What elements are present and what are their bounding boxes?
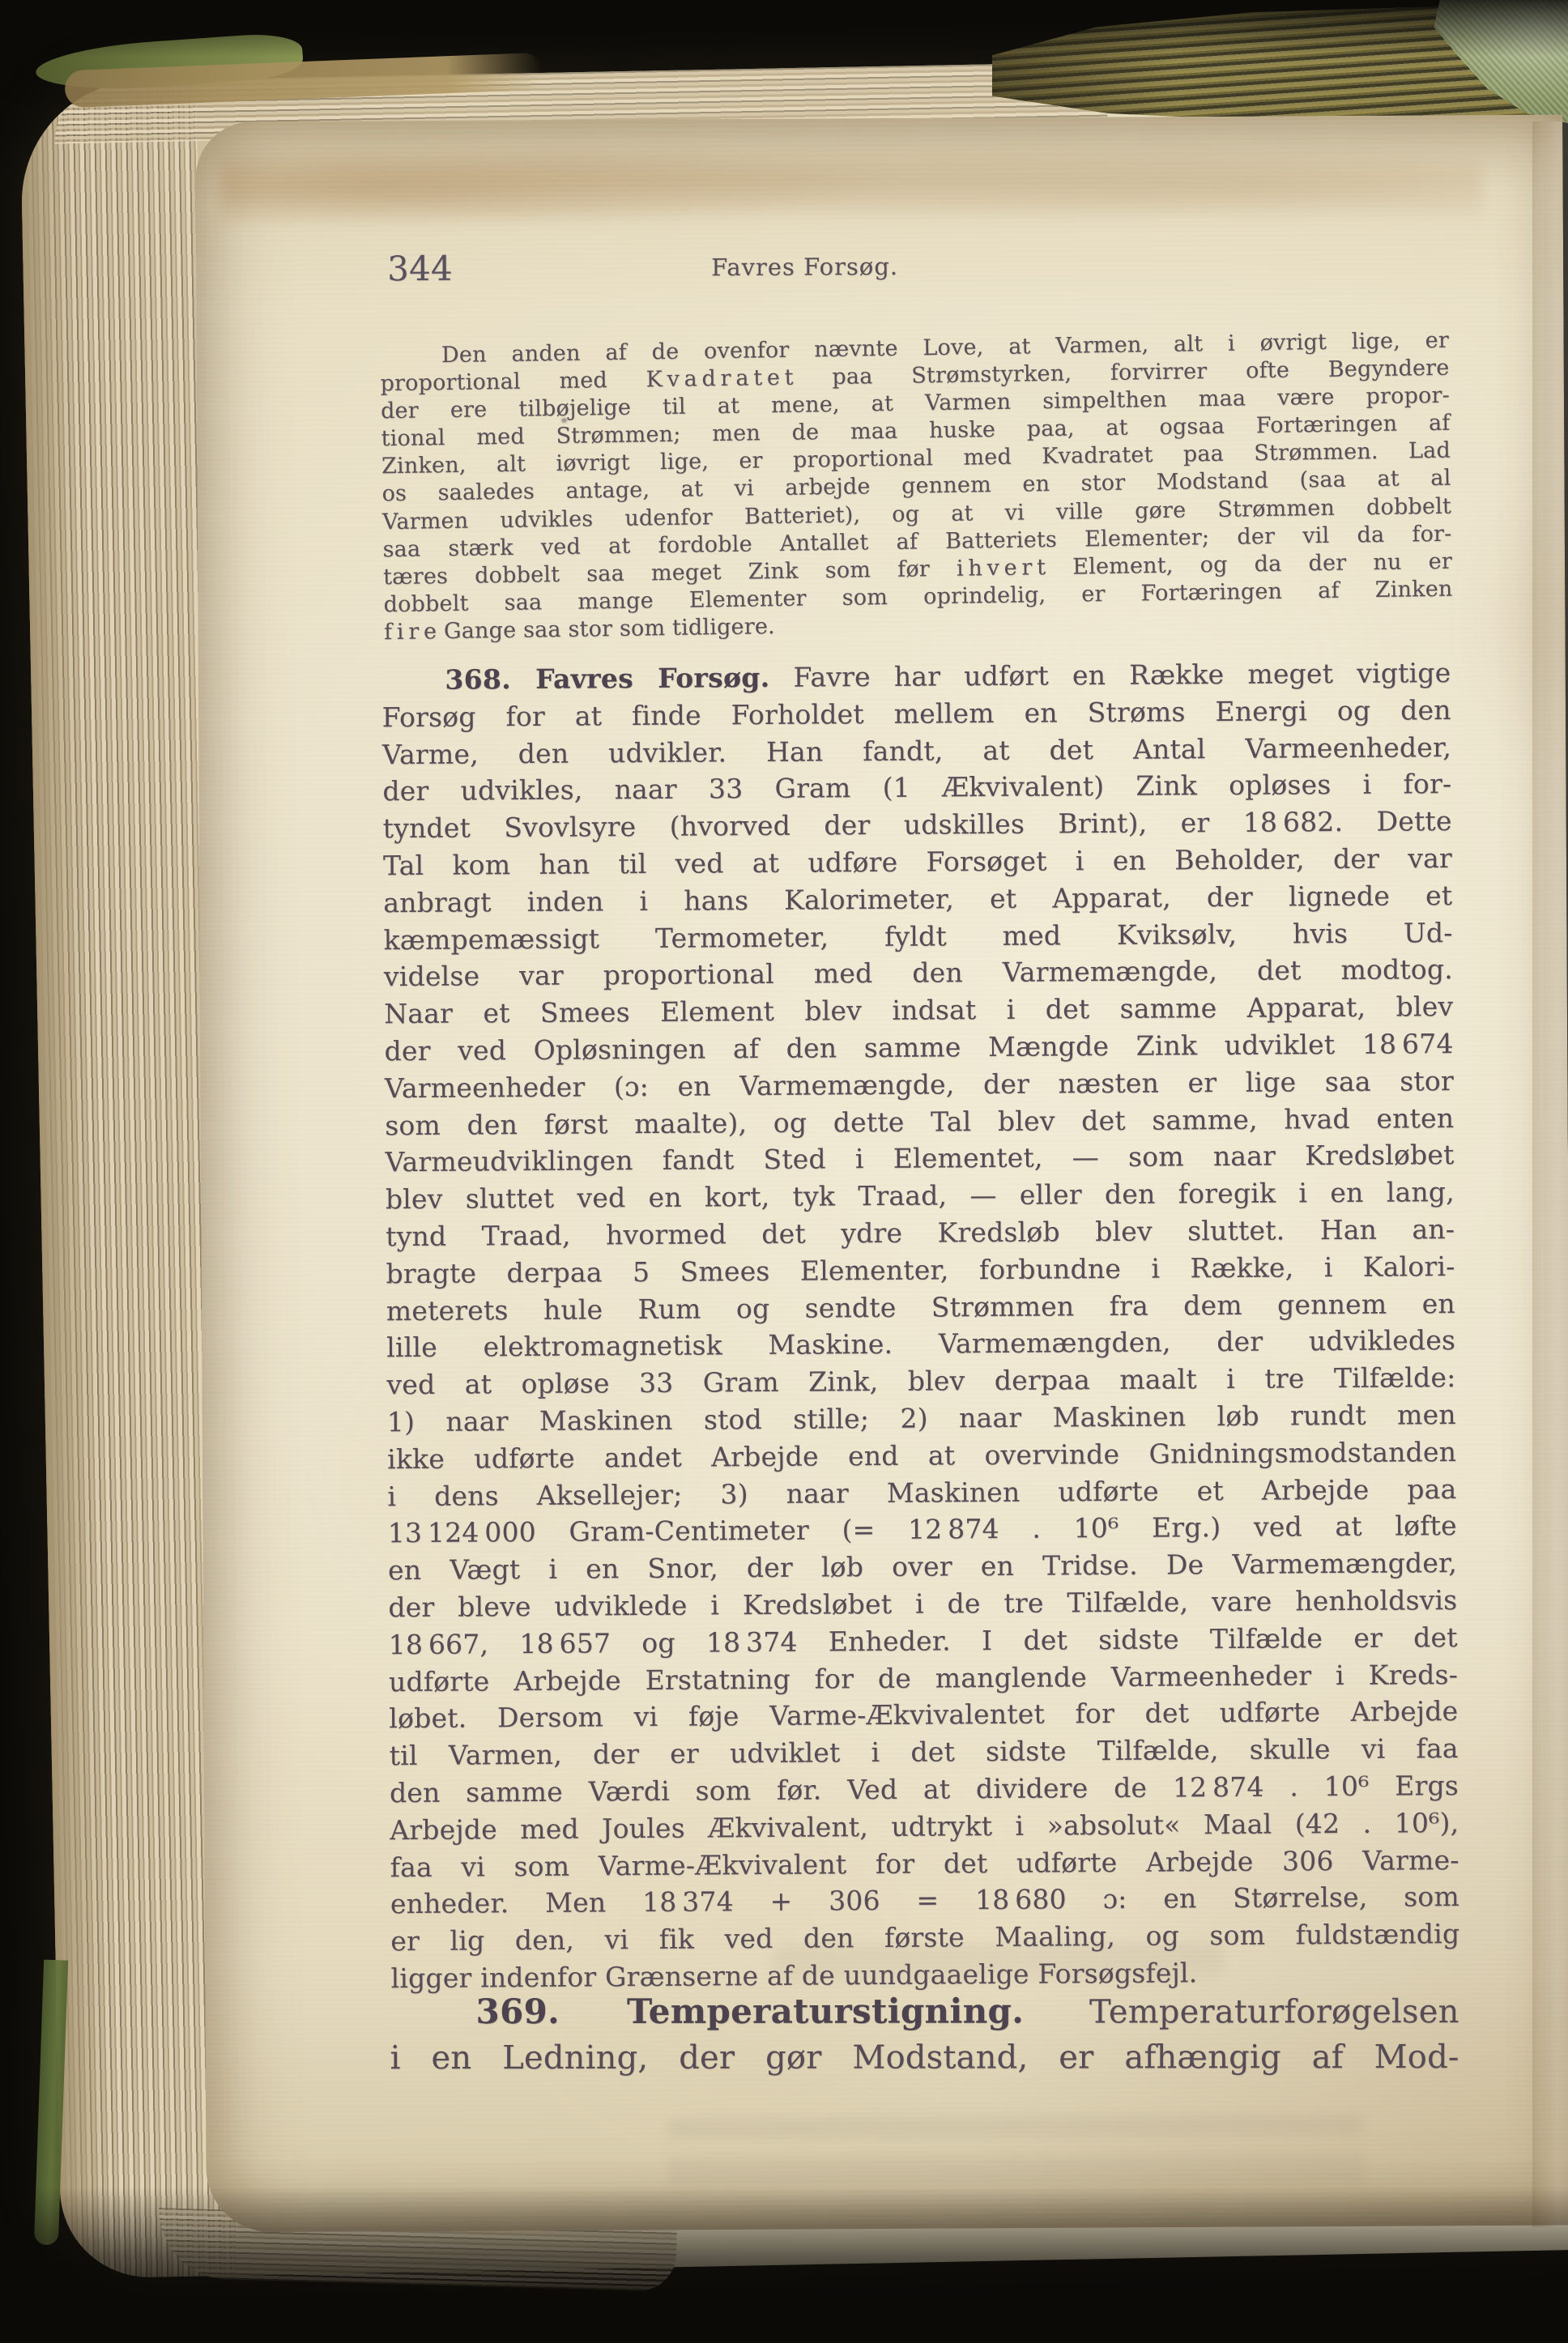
page-header: 344 Favres Forsøg. — [381, 243, 1450, 297]
text-line: 369. Temperaturstigning. Temperaturforøg… — [390, 1988, 1459, 2035]
shadow-bottom — [0, 2187, 1568, 2343]
photo-background: 344 Favres Forsøg. Den anden af de ovenf… — [0, 0, 1568, 2343]
shadow-top — [0, 0, 1568, 57]
page-number: 344 — [387, 249, 453, 288]
section-heading: 369. Temperaturstigning. — [476, 1992, 1025, 2032]
page-crease-right — [1532, 121, 1568, 2227]
section-369-paragraph: 369. Temperaturstigning. Temperaturforøg… — [390, 1988, 1459, 2081]
text-line: er lig den, vi fik ved den første Maalin… — [390, 1915, 1459, 1960]
text-line: i en Ledning, der gør Modstand, er afhæn… — [390, 2034, 1459, 2081]
section-heading: 368. Favres Forsøg. — [445, 662, 769, 696]
intro-paragraph: Den anden af de ovenfor nævnte Love, at … — [380, 327, 1453, 647]
page-content: 344 Favres Forsøg. Den anden af de ovenf… — [195, 115, 1568, 2233]
running-head: Favres Forsøg. — [711, 253, 898, 281]
book-page: 344 Favres Forsøg. Den anden af de ovenf… — [195, 115, 1568, 2233]
section-368-paragraph: 368. Favres Forsøg. Favre har udført en … — [381, 654, 1459, 1997]
